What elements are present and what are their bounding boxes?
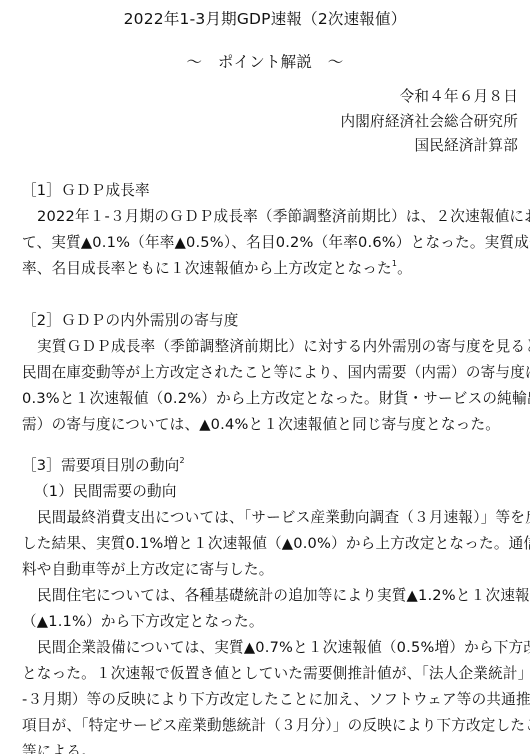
section-3-line-8: -３月期）等の反映により下方改定したことに加え、ソフトウェア等の共通推計	[22, 690, 518, 710]
document-title: 2022年1-3月期GDP速報（2次速報値）	[0, 9, 530, 29]
section-2-line-1: 実質ＧＤＰ成長率（季節調整済前期比）に対する内外需別の寄与度を見ると、	[22, 337, 518, 357]
section-3-line-1: 民間最終消費支出については、「サービス産業動向調査（３月速報）」等を反映	[22, 508, 518, 528]
section-2-heading: ［2］ＧＤＰの内外需別の寄与度	[22, 311, 518, 331]
section-3-subheading: （1）民間需要の動向	[22, 482, 518, 502]
section-3-line-6: 民間企業設備については、実質▲0.7%と１次速報値（0.5%増）から下方改定	[22, 638, 518, 658]
section-3-line-10: 等による。	[22, 742, 518, 754]
document-subtitle: ～ ポイント解説 ～	[0, 52, 530, 72]
section-3-line-3: 料や自動車等が上方改定に寄与した。	[22, 560, 518, 580]
footnote-marker-2: 2	[179, 456, 184, 465]
section-1-heading: ［1］ＧＤＰ成長率	[22, 181, 518, 201]
section-3-line-2: した結果、実質0.1%増と１次速報値（▲0.0%）から上方改定となった。通信	[22, 534, 518, 554]
section-1-line-3-text: 率、名目成長率ともに１次速報値から上方改定となった	[22, 260, 392, 277]
section-2-line-2: 民間在庫変動等が上方改定されたこと等により、国内需要（内需）の寄与度は	[22, 363, 518, 383]
department-name: 国民経済計算部	[0, 136, 518, 156]
section-1-line-3: 率、名目成長率ともに１次速報値から上方改定となった1。	[22, 259, 518, 279]
section-3-heading-text: ［3］需要項目別の動向	[22, 457, 179, 474]
section-2-line-3: 0.3%と１次速報値（0.2%）から上方改定となった。財貨・サービスの純輸出（外	[22, 389, 518, 409]
section-3-line-7: となった。１次速報で仮置き値としていた需要側推計値が、「法人企業統計」（１	[22, 664, 518, 684]
document-date: 令和４年６月８日	[0, 87, 518, 107]
section-1-line-1: 2022年１-３月期のＧＤＰ成長率（季節調整済前期比）は、２次速報値におい	[22, 207, 518, 227]
section-1-line-3-period: 。	[397, 260, 412, 277]
organization-name: 内閣府経済社会総合研究所	[0, 112, 518, 132]
section-3-line-4: 民間住宅については、各種基礎統計の追加等により実質▲1.2%と１次速報値	[22, 586, 518, 606]
section-2-line-4: 需）の寄与度については、▲0.4%と１次速報値と同じ寄与度となった。	[22, 415, 518, 435]
section-3-line-9: 項目が、「特定サービス産業動態統計（３月分）」の反映により下方改定したこと	[22, 716, 518, 736]
section-3-line-5: （▲1.1%）から下方改定となった。	[22, 612, 518, 632]
section-1-line-2: て、実質▲0.1%（年率▲0.5%）、名目0.2%（年率0.6%）となった。実質…	[22, 233, 518, 253]
section-3-heading: ［3］需要項目別の動向2	[22, 456, 518, 476]
